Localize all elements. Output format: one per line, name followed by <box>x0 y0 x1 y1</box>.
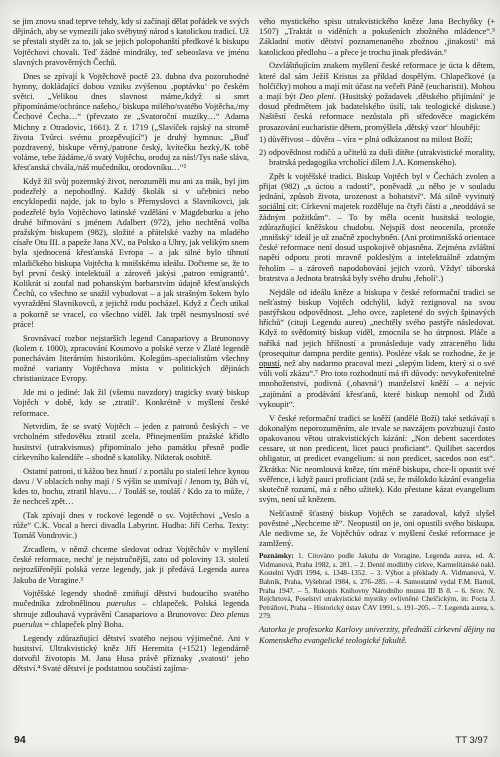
text-run: cit: Církevní majetek rozděluje na čtyři… <box>259 201 495 282</box>
paragraph-children-reformation: Ozvláštňujícím znakem myšlení české refo… <box>259 60 495 131</box>
list-item-2: 2) odpovědnost rodičů a učitelů za duši … <box>259 147 495 167</box>
page-number: 94 <box>14 734 26 746</box>
paragraph-pastoral-duty: Nejdále od ideálu kněze a biskupa v česk… <box>259 287 495 409</box>
paragraph-childhood-legends: Legendy zdůrazňující dětství svatého nej… <box>13 633 249 674</box>
page-footer: 94 TT 3/97 <box>14 734 488 746</box>
paragraph-legenda-aurea: Zrcadlem, v němž chceme sledovat odraz V… <box>13 544 249 585</box>
text-run: Zpět k vojtěšské tradici. Biskup Vojtěch… <box>259 171 495 201</box>
scanned-article-page: se jim znovu snad teprve tehdy, kdy si z… <box>0 0 500 757</box>
footnotes-block: Poznámky: 1. Citováno podle Jakuba de Vo… <box>259 552 495 621</box>
paragraph-thesis: Jde mi o jediné: Jak žil (všemu navzdory… <box>13 387 249 418</box>
paragraph-utraquism: Netvrdím, že se svatý Vojtěch – jeden z … <box>13 421 249 462</box>
paragraph-hymns: Dnes se zpívají k Vojtěchově poctě 23. d… <box>13 71 249 173</box>
left-column: se jim znovu snad teprve tehdy, kdy si z… <box>13 16 249 673</box>
text-run: , než aby nadarmo pracoval mezi „slepým … <box>259 358 495 409</box>
paragraph-conclusion: Nešťastně šťastný biskup Vojtěch se zara… <box>259 508 495 549</box>
footnotes-text: 1. Citováno podle Jakuba de Voragine, Le… <box>259 551 495 620</box>
paragraph-puerulus: Vojtěšské legendy shodně zmiňují dětství… <box>13 588 249 629</box>
text-run: Nejdále od ideálu kněze a biskupa v česk… <box>259 287 495 358</box>
paragraph-song-quote: Ostatní patroni, ti kážou bez hnutí / z … <box>13 466 249 507</box>
paragraph-legends-comparison: Srovnávací rozbor nejstarších legend Can… <box>13 333 249 384</box>
list-item-1: 1) důvěřivost – důvěra – víra = plná odk… <box>259 134 495 144</box>
latin-term: puerulus <box>107 598 136 608</box>
text-run: = chlapeček plný Boha. <box>42 619 123 629</box>
right-column: vého mystického spisu utrakvistického kn… <box>259 16 495 673</box>
paragraph-vojtech-tradition: Zpět k vojtěšské tradici. Biskup Vojtěch… <box>259 171 495 283</box>
paragraph-rock-legend-credit: (Tak zpívají dnes v rockové legendě o sv… <box>13 510 249 541</box>
paragraph-continuation: se jim znovu snad teprve tehdy, kdy si z… <box>13 16 249 67</box>
emphasized-word: sociální <box>259 201 285 211</box>
author-note: Autorka je profesorka Karlovy univerzity… <box>259 624 495 644</box>
paragraph-preaching: V české reformační tradici se kněží (and… <box>259 413 495 505</box>
paragraph-continuation: vého mystického spisu utrakvistického kn… <box>259 16 495 57</box>
paragraph-biography: Když žil svůj pozemský život, nerozuměli… <box>13 176 249 329</box>
emphasized-word: opustí <box>259 358 279 368</box>
latin-term: Deo pleni <box>299 91 333 101</box>
text-columns: se jim znovu snad teprve tehdy, kdy si z… <box>13 16 495 673</box>
issue-label: TT 3/97 <box>455 735 488 746</box>
